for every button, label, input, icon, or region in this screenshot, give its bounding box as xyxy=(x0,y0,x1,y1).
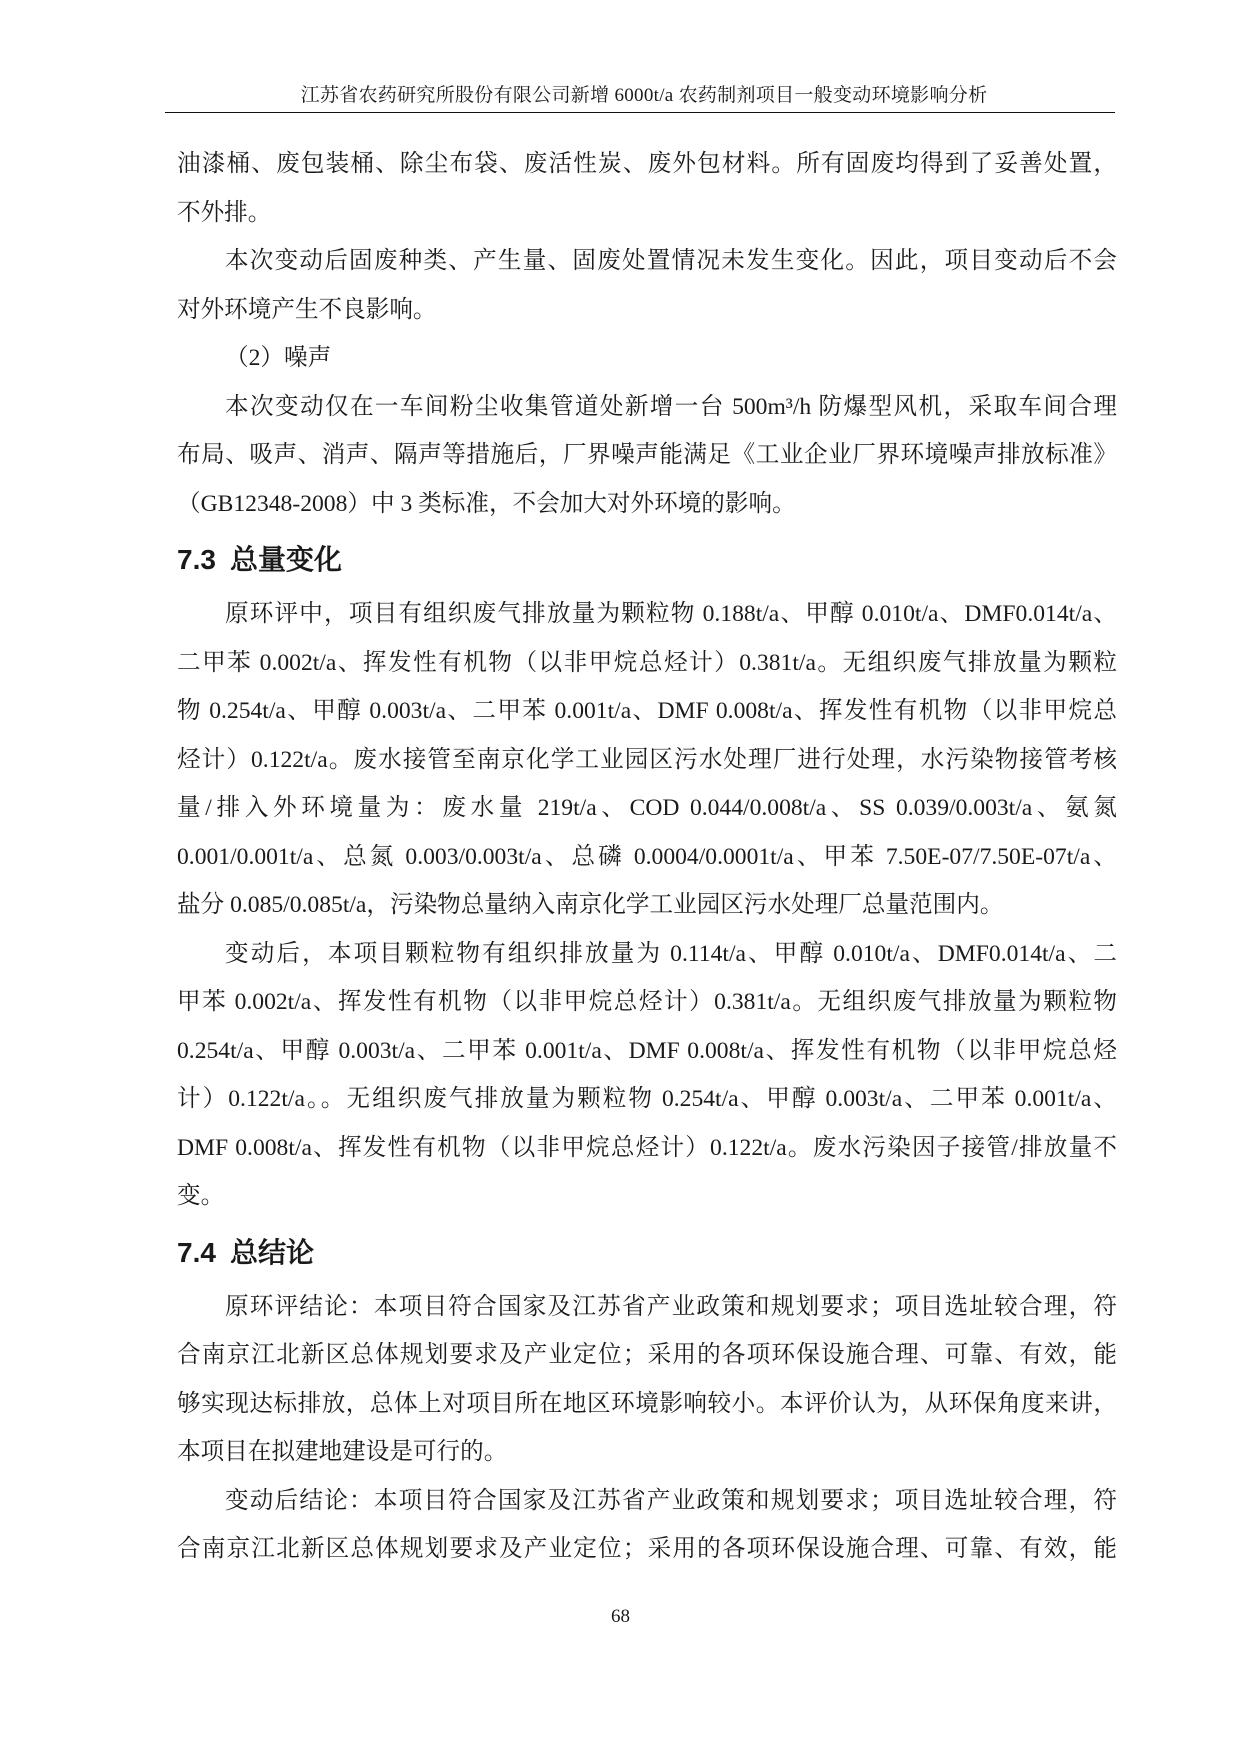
text-line: 够实现达标排放，总体上对项目所在地区环境影响较小。本评价认为，从环保角度来讲， xyxy=(177,1380,1117,1429)
text-line: 0.001/0.001t/a、总氮 0.003/0.003t/a、总磷 0.00… xyxy=(177,833,1117,882)
text-line: 物 0.254t/a、甲醇 0.003t/a、二甲苯 0.001t/a、DMF … xyxy=(177,687,1117,736)
text-line: 甲苯 0.002t/a、挥发性有机物（以非甲烷总烃计）0.381t/a。无组织废… xyxy=(177,978,1117,1027)
text-line: 变动后结论：本项目符合国家及江苏省产业政策和规划要求；项目选址较合理，符 xyxy=(177,1477,1117,1526)
conclusion-after-paragraph: 变动后结论：本项目符合国家及江苏省产业政策和规划要求；项目选址较合理，符 合南京… xyxy=(177,1477,1117,1574)
text-line: 二甲苯 0.002t/a、挥发性有机物（以非甲烷总烃计）0.381t/a。无组织… xyxy=(177,639,1117,688)
text-line: 原环评结论：本项目符合国家及江苏省产业政策和规划要求；项目选址较合理，符 xyxy=(177,1283,1117,1332)
section-number: 7.4 xyxy=(177,1237,216,1268)
header-divider xyxy=(165,112,1115,113)
text-line: 变动后，本项目颗粒物有组织排放量为 0.114t/a、甲醇 0.010t/a、D… xyxy=(177,930,1117,979)
section-title: 总量变化 xyxy=(230,544,342,575)
text-line: 计）0.122t/a。。无组织废气排放量为颗粒物 0.254t/a、甲醇 0.0… xyxy=(177,1075,1117,1124)
section-number: 7.3 xyxy=(177,544,216,575)
text-line: 量/排入外环境量为：废水量 219t/a、COD 0.044/0.008t/a、… xyxy=(177,784,1117,833)
text-line: 布局、吸声、消声、隔声等措施后，厂界噪声能满足《工业企业厂界环境噪声排放标准》 xyxy=(177,431,1117,480)
solid-waste-paragraph-continued: 油漆桶、废包装桶、除尘布袋、废活性炭、废外包材料。所有固废均得到了妥善处置， 不… xyxy=(177,140,1117,237)
text-line: 盐分 0.085/0.085t/a，污染物总量纳入南京化学工业园区污水处理厂总量… xyxy=(177,881,1117,930)
text-line: 合南京江北新区总体规划要求及产业定位；采用的各项环保设施合理、可靠、有效，能 xyxy=(177,1525,1117,1574)
text-line: 本次变动后固废种类、产生量、固废处置情况未发生变化。因此，项目变动后不会 xyxy=(177,237,1117,286)
text-line: 油漆桶、废包装桶、除尘布袋、废活性炭、废外包材料。所有固废均得到了妥善处置， xyxy=(177,140,1117,189)
text-line: 变。 xyxy=(177,1172,1117,1221)
running-header: 江苏省农药研究所股份有限公司新增 6000t/a 农药制剂项目一般变动环境影响分… xyxy=(174,84,1114,108)
text-line: 本次变动仅在一车间粉尘收集管道处新增一台 500m³/h 防爆型风机，采取车间合… xyxy=(177,383,1117,432)
text-line: 本项目在拟建地建设是可行的。 xyxy=(177,1428,1117,1477)
conclusion-original-paragraph: 原环评结论：本项目符合国家及江苏省产业政策和规划要求；项目选址较合理，符 合南京… xyxy=(177,1283,1117,1477)
text-line: 烃计）0.122t/a。废水接管至南京化学工业园区污水处理厂进行处理，水污染物接… xyxy=(177,736,1117,785)
total-after-paragraph: 变动后，本项目颗粒物有组织排放量为 0.114t/a、甲醇 0.010t/a、D… xyxy=(177,930,1117,1221)
text-line: 原环评中，项目有组织废气排放量为颗粒物 0.188t/a、甲醇 0.010t/a… xyxy=(177,590,1117,639)
solid-waste-summary-paragraph: 本次变动后固废种类、产生量、固废处置情况未发生变化。因此，项目变动后不会 对外环… xyxy=(177,237,1117,334)
text-line: DMF 0.008t/a、挥发性有机物（以非甲烷总烃计）0.122t/a。废水污… xyxy=(177,1124,1117,1173)
section-title: 总结论 xyxy=(230,1237,314,1268)
page-number: 68 xyxy=(0,1606,1241,1628)
text-line: 0.254t/a、甲醇 0.003t/a、二甲苯 0.001t/a、DMF 0.… xyxy=(177,1027,1117,1076)
page-body: 油漆桶、废包装桶、除尘布袋、废活性炭、废外包材料。所有固废均得到了妥善处置， 不… xyxy=(177,140,1117,1574)
section-heading-7-4: 7.4总结论 xyxy=(177,1223,1117,1283)
text-line: （GB12348-2008）中 3 类标准，不会加大对外环境的影响。 xyxy=(177,480,1117,529)
text-line: 合南京江北新区总体规划要求及产业定位；采用的各项环保设施合理、可靠、有效，能 xyxy=(177,1331,1117,1380)
section-heading-7-3: 7.3总量变化 xyxy=(177,530,1117,590)
text-line: 不外排。 xyxy=(177,189,1117,238)
total-original-paragraph: 原环评中，项目有组织废气排放量为颗粒物 0.188t/a、甲醇 0.010t/a… xyxy=(177,590,1117,930)
text-line: 对外环境产生不良影响。 xyxy=(177,286,1117,335)
noise-subheading: （2）噪声 xyxy=(177,334,1117,383)
noise-paragraph: 本次变动仅在一车间粉尘收集管道处新增一台 500m³/h 防爆型风机，采取车间合… xyxy=(177,383,1117,529)
